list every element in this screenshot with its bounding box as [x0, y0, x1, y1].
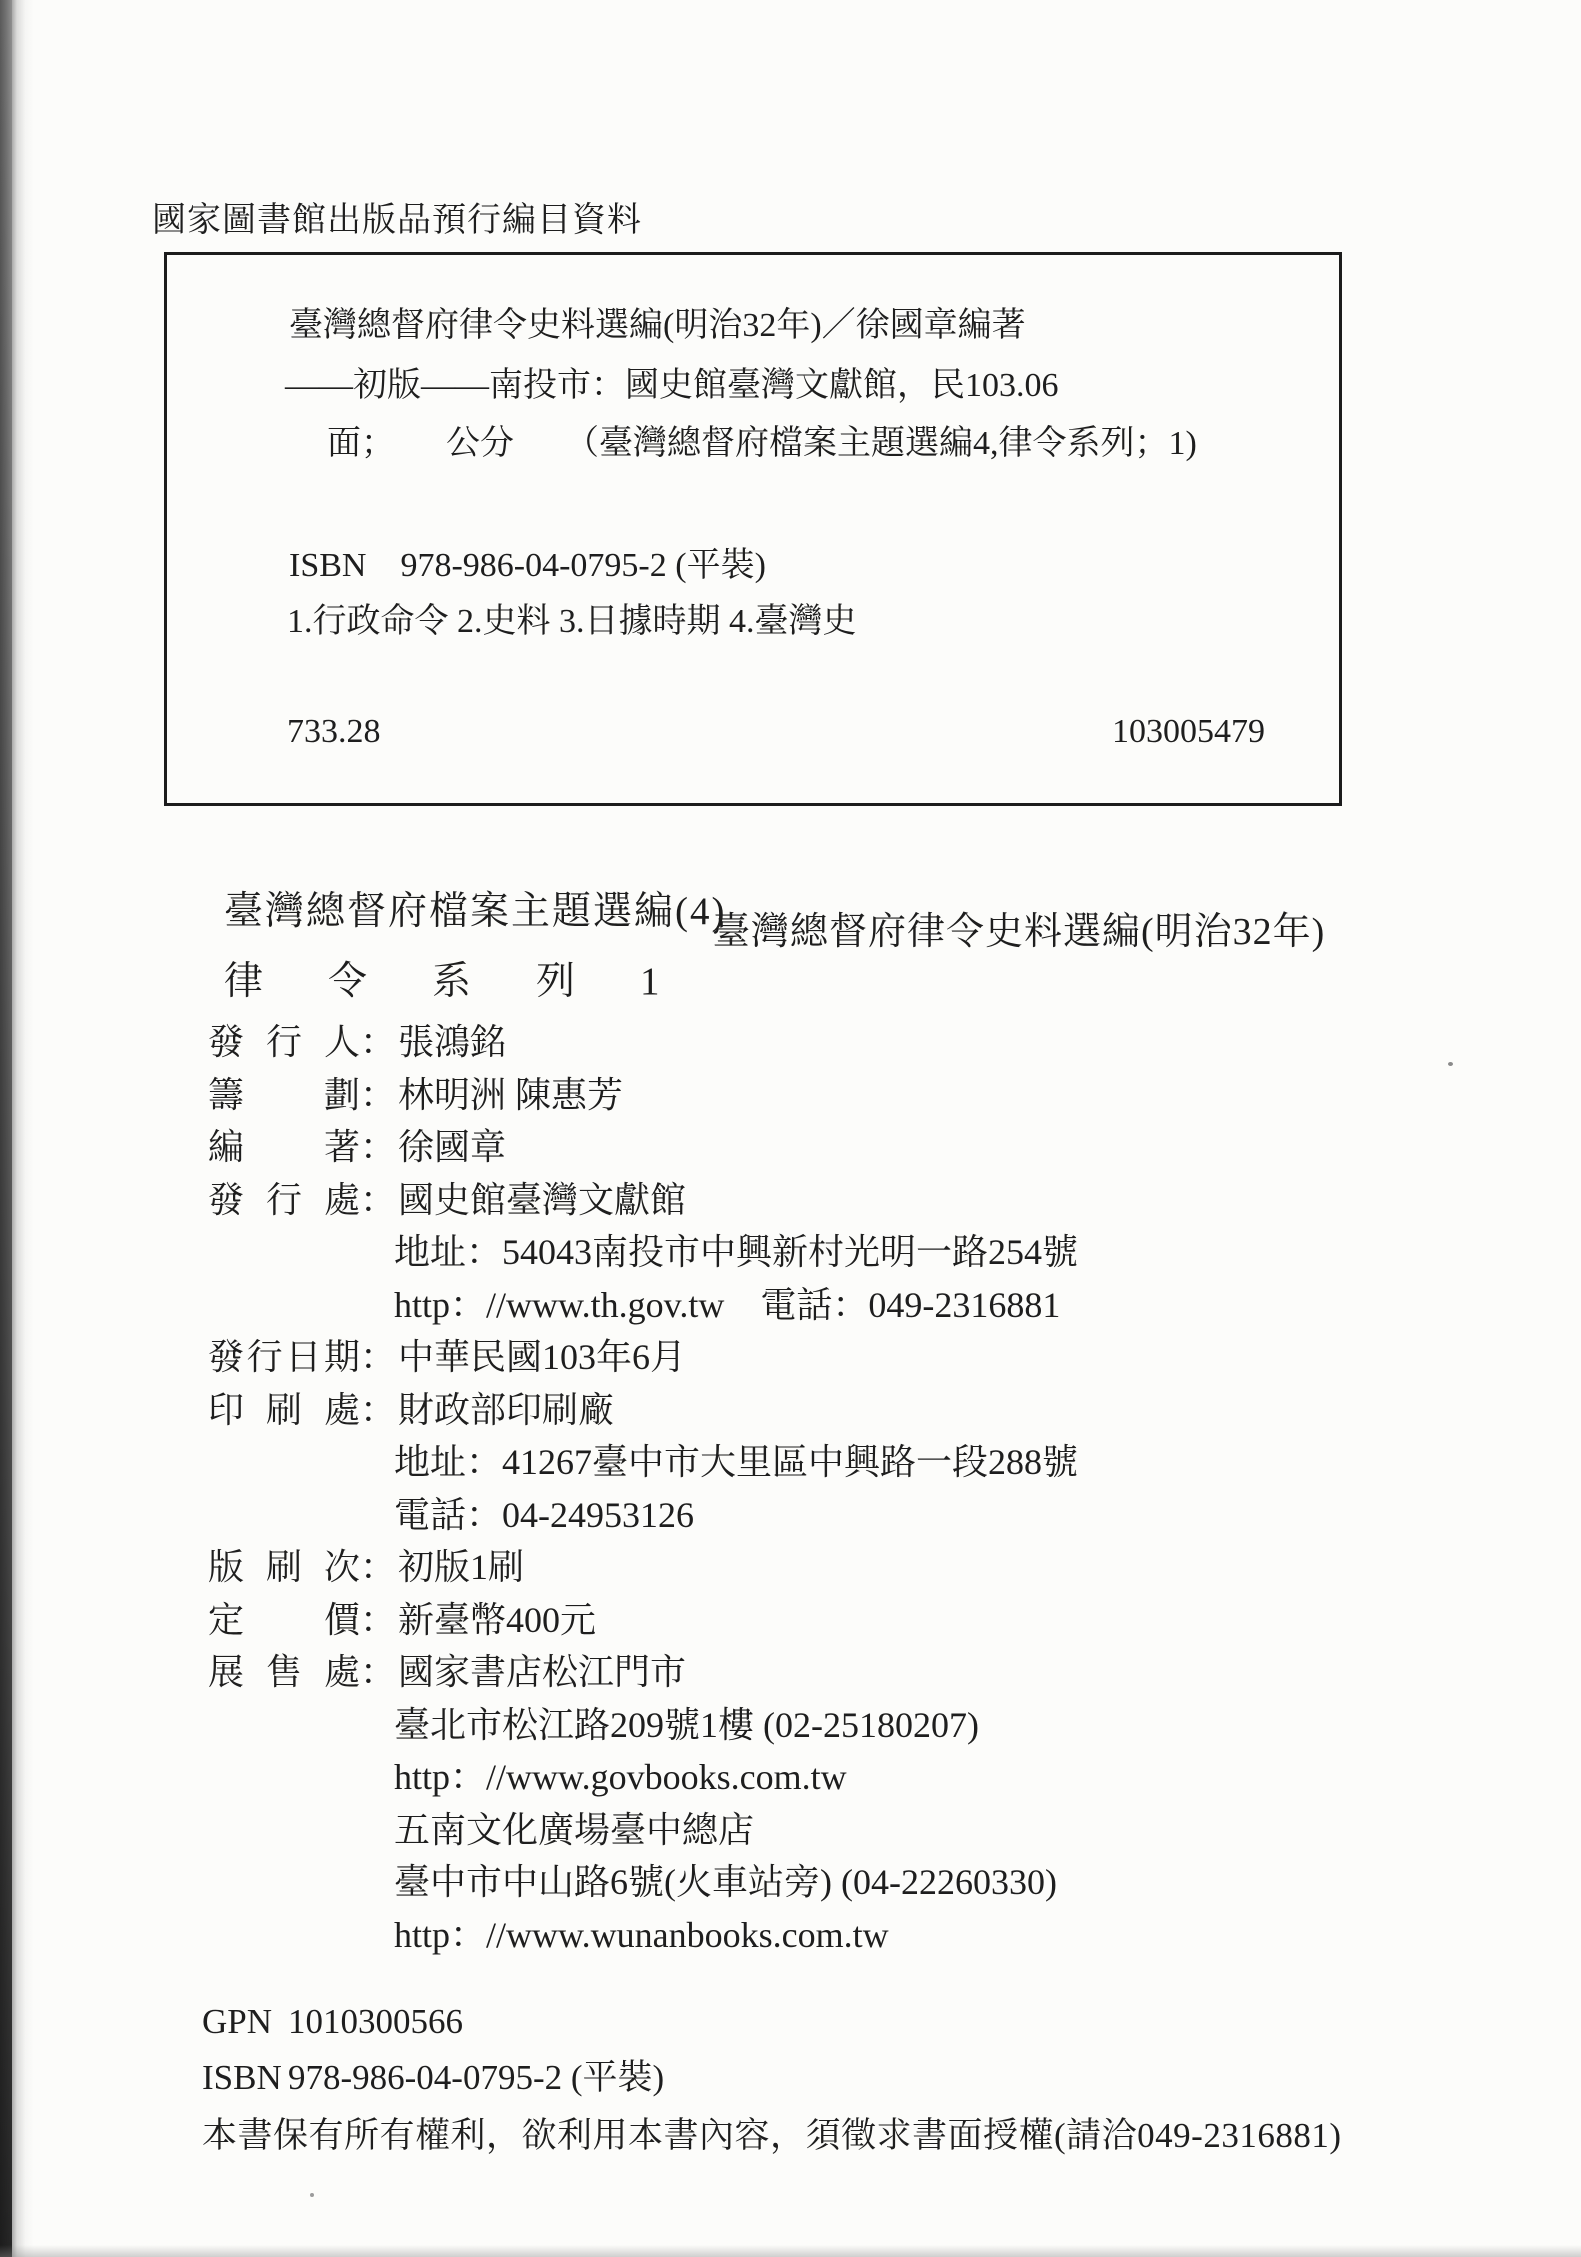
colophon-row-planner: 籌劃：林明洲 陳惠芳 [208, 1069, 1078, 1122]
cip-header: 國家圖書館出版品預行編目資料 [152, 192, 642, 241]
row-value: 初版1刷 [398, 1541, 524, 1594]
gpn-line: GPN1010300566 [202, 1994, 1341, 2050]
row-value: 國家書店松江門市 [398, 1646, 686, 1699]
row-label: 展售處 [208, 1646, 360, 1699]
colophon-row-publisher-url-phone: http：//www.th.gov.tw 電話：049-2316881 [208, 1279, 1078, 1332]
row-extra: 五南文化廣場臺中總店 [394, 1804, 754, 1857]
series-title: 臺灣總督府檔案主題選編(4) [224, 880, 726, 936]
row-extra: 臺中市中山路6號(火車站旁) (04-22260330) [394, 1856, 1057, 1909]
cip-record-number: 103005479 [1112, 713, 1265, 751]
row-extra: 地址：54043南投市中興新村光明一路254號 [394, 1226, 1078, 1279]
row-label: 籌劃 [208, 1069, 360, 1122]
colophon-row-publishing-office: 發行處：國史館臺灣文獻館 [208, 1174, 1078, 1227]
row-value: 徐國章 [398, 1121, 506, 1174]
scan-speckle [1448, 1062, 1453, 1066]
footer-block: GPN1010300566 ISBN978-986-04-0795-2 (平裝)… [202, 1994, 1341, 2164]
cip-class-number: 733.28 [287, 713, 381, 751]
colophon-row-retail-address-2: 臺中市中山路6號(火車站旁) (04-22260330) [208, 1856, 1078, 1909]
row-value: 中華民國103年6月 [398, 1331, 686, 1384]
row-label: 版刷次 [208, 1541, 360, 1594]
book-colophon-page: 國家圖書館出版品預行編目資料 臺灣總督府律令史料選編(明治32年)／徐國章編著 … [0, 0, 1581, 2257]
row-extra: http：//www.wunanbooks.com.tw [394, 1909, 889, 1962]
cip-bottom-row: 733.28 103005479 [287, 713, 1265, 751]
scan-speckle [310, 2193, 314, 2197]
row-value: 張鴻銘 [398, 1016, 506, 1069]
gpn-number: 1010300566 [288, 2002, 463, 2041]
rights-notice: 本書保有所有權利，欲利用本書內容，須徵求書面授權(請洽049-2316881) [202, 2108, 1341, 2164]
colophon-row-price: 定價：新臺幣400元 [208, 1594, 1078, 1647]
row-label: 定價 [208, 1594, 360, 1647]
colophon-row-retail-url-1: http：//www.govbooks.com.tw [208, 1751, 1078, 1804]
colophon-row-publisher: 發行人：張鴻銘 [208, 1016, 1078, 1069]
cip-data-box: 臺灣總督府律令史料選編(明治32年)／徐國章編著 ——初版——南投市：國史館臺灣… [164, 252, 1342, 806]
cip-edition-line: ——初版——南投市：國史館臺灣文獻館，民103.06 [285, 357, 1059, 406]
row-value: 林明洲 陳惠芳 [398, 1069, 623, 1122]
colophon-list: 發行人：張鴻銘 籌劃：林明洲 陳惠芳 編著：徐國章 發行處：國史館臺灣文獻館 地… [208, 1016, 1078, 1961]
cip-isbn-line: ISBN 978-986-04-0795-2 (平裝) [289, 537, 766, 586]
colophon-row-retail-address-1: 臺北市松江路209號1樓 (02-25180207) [208, 1699, 1078, 1752]
colophon-row-edition: 版刷次：初版1刷 [208, 1541, 1078, 1594]
isbn-number: 978-986-04-0795-2 (平裝) [288, 2058, 664, 2097]
isbn-label: ISBN [202, 2050, 288, 2106]
isbn-line: ISBN978-986-04-0795-2 (平裝) [202, 2050, 1341, 2106]
row-label: 印刷處 [208, 1384, 360, 1437]
colophon-row-retail: 展售處：國家書店松江門市 [208, 1646, 1078, 1699]
row-value: 國史館臺灣文獻館 [398, 1174, 686, 1227]
book-title: 臺灣總督府律令史料選編(明治32年) [712, 900, 1325, 955]
row-label: 發行人 [208, 1016, 360, 1069]
row-label: 發行處 [208, 1174, 360, 1227]
colophon-row-printer-address: 地址：41267臺中市大里區中興路一段288號 [208, 1436, 1078, 1489]
row-extra: 臺北市松江路209號1樓 (02-25180207) [394, 1699, 979, 1752]
colophon-row-printer-phone: 電話：04-24953126 [208, 1489, 1078, 1542]
colophon-row-author: 編著：徐國章 [208, 1121, 1078, 1174]
gpn-label: GPN [202, 1994, 288, 2050]
colophon-row-retail-url-2: http：//www.wunanbooks.com.tw [208, 1909, 1078, 1962]
colophon-row-retail-store-2: 五南文化廣場臺中總店 [208, 1804, 1078, 1857]
row-label: 編著 [208, 1121, 360, 1174]
series-subtitle: 律 令 系 列 1 [224, 950, 673, 1006]
colophon-row-publisher-address: 地址：54043南投市中興新村光明一路254號 [208, 1226, 1078, 1279]
row-extra: 電話：04-24953126 [394, 1489, 694, 1542]
cip-subjects-line: 1.行政命令 2.史料 3.日據時期 4.臺灣史 [287, 593, 857, 642]
row-value: 新臺幣400元 [398, 1594, 596, 1647]
row-value: 財政部印刷廠 [398, 1384, 614, 1437]
row-extra: 地址：41267臺中市大里區中興路一段288號 [394, 1436, 1078, 1489]
colophon-row-publish-date: 發行日期：中華民國103年6月 [208, 1331, 1078, 1384]
row-label: 發行日期 [208, 1331, 360, 1384]
cip-format-line: 面； 公分 （臺灣總督府檔案主題選編4,律令系列；1) [327, 415, 1197, 464]
row-extra: http：//www.govbooks.com.tw [394, 1751, 847, 1804]
colophon-row-printer: 印刷處：財政部印刷廠 [208, 1384, 1078, 1437]
scan-bottom-shadow [0, 2245, 1581, 2257]
cip-title-line: 臺灣總督府律令史料選編(明治32年)／徐國章編著 [289, 297, 1026, 346]
row-extra: http：//www.th.gov.tw 電話：049-2316881 [394, 1279, 1060, 1332]
scan-edge-shadow [0, 0, 34, 2257]
